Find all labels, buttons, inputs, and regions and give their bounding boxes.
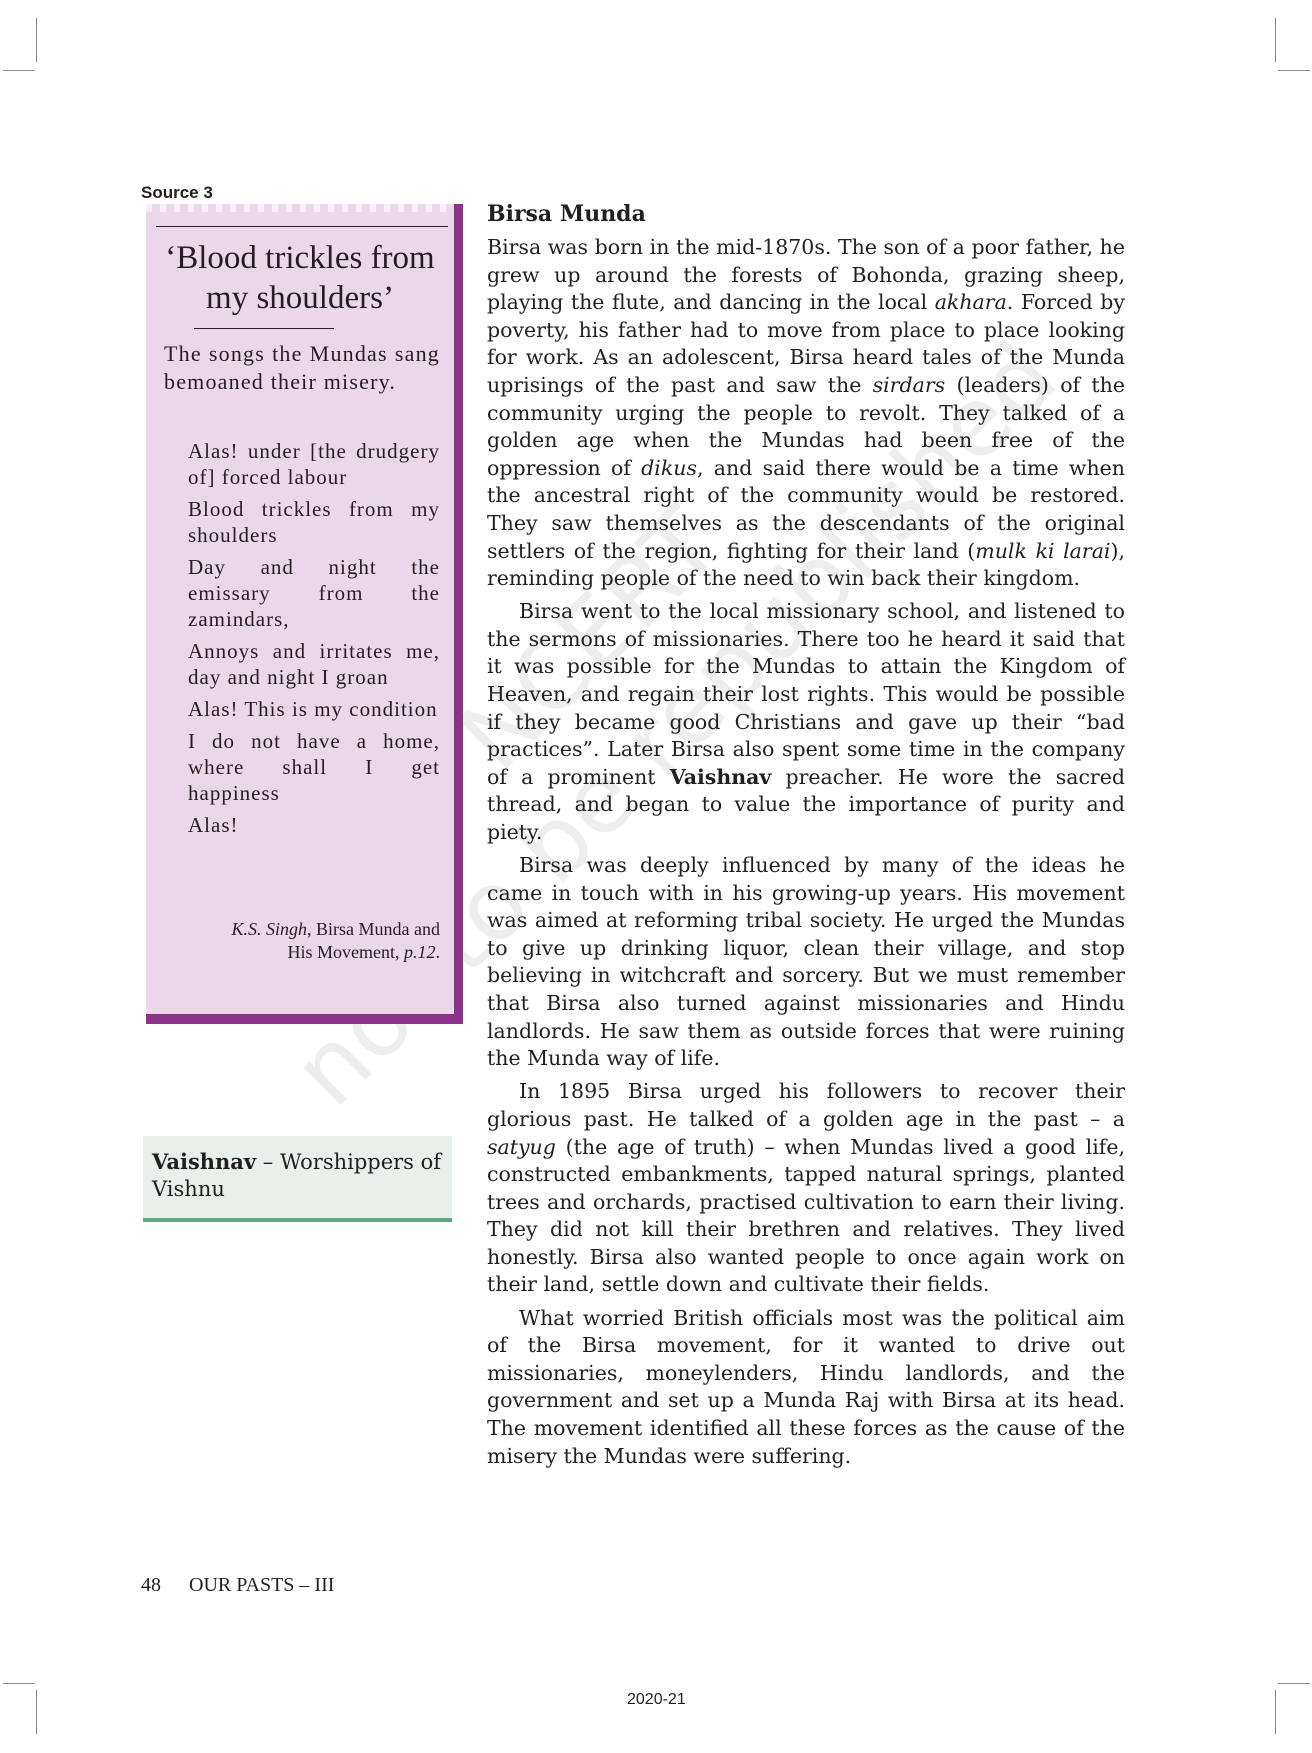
citation-title: , Birsa Munda and [307, 919, 440, 939]
glossary-text: Vaishnav – Worshippers of Vishnu [152, 1148, 446, 1203]
source-title-line-2: my shoulders’ [146, 278, 454, 318]
term-mulk-ki-larai: mulk ki larai [975, 539, 1110, 563]
source-citation: K.S. Singh, Birsa Munda andHis Movement,… [166, 918, 440, 964]
source-title-line-1: ‘Blood trickles from [146, 238, 454, 278]
term-dikus: dikus [641, 456, 697, 480]
poem-stanza: Alas! This is my condition [188, 696, 440, 722]
term-satyug: satyug [487, 1135, 556, 1159]
glossary-term: Vaishnav [152, 1149, 256, 1174]
paragraph-5: What worried British officials most was … [487, 1305, 1125, 1471]
poem-stanza: Alas! under [the drudgery of] forced lab… [188, 438, 440, 490]
citation-punct: . [436, 942, 441, 962]
crop-mark [3, 70, 35, 71]
paragraph-3: Birsa was deeply influenced by many of t… [487, 852, 1125, 1073]
poem-stanza: Day and night the emissary from the zami… [188, 554, 440, 632]
citation-author: K.S. Singh [232, 919, 308, 939]
divider [156, 226, 448, 227]
poem-stanza: Alas! [188, 812, 440, 838]
paragraph-4: In 1895 Birsa urged his followers to rec… [487, 1078, 1125, 1299]
poem-stanza: I do not have a home, where shall I get … [188, 728, 440, 806]
text: In 1895 Birsa urged his followers to rec… [487, 1079, 1125, 1131]
crop-mark [36, 18, 37, 62]
divider [194, 328, 334, 329]
crop-mark [1275, 18, 1276, 62]
crop-mark [1278, 70, 1310, 71]
page-number: 48 [141, 1574, 161, 1596]
paragraph-1: Birsa was born in the mid-1870s. The son… [487, 234, 1125, 593]
source-label: Source 3 [141, 183, 213, 203]
poem: Alas! under [the drudgery of] forced lab… [188, 438, 440, 844]
crop-mark [3, 1683, 35, 1684]
source-intro: The songs the Mundas sang bemoaned their… [164, 340, 440, 396]
source-title: ‘Blood trickles from my shoulders’ [146, 238, 454, 318]
main-column: Birsa Munda Birsa was born in the mid-18… [487, 200, 1125, 1476]
section-heading: Birsa Munda [487, 200, 1125, 228]
paragraph-2: Birsa went to the local missionary schoo… [487, 598, 1125, 846]
term-sirdars: sirdars [873, 373, 946, 397]
glossary-box: Vaishnav – Worshippers of Vishnu [143, 1136, 452, 1222]
citation-title: His Movement, [288, 942, 405, 962]
poem-stanza: Annoys and irritates me, day and night I… [188, 638, 440, 690]
text: (the age of truth) – when Mundas lived a… [487, 1135, 1125, 1297]
poem-stanza: Blood trickles from my shoulders [188, 496, 440, 548]
crop-mark [1275, 1690, 1276, 1734]
page-footer: 48OUR PASTS – III [141, 1574, 334, 1597]
book-title: OUR PASTS – III [189, 1574, 334, 1596]
term-akhara: akhara [935, 290, 1007, 314]
source-box: ‘Blood trickles from my shoulders’ The s… [146, 204, 463, 1024]
citation-page: p.12 [404, 942, 436, 962]
text: Birsa went to the local missionary schoo… [487, 599, 1125, 789]
crop-mark [1278, 1683, 1310, 1684]
term-vaishnav: Vaishnav [670, 765, 772, 789]
crop-mark [36, 1690, 37, 1734]
edition-year: 2020-21 [627, 1691, 686, 1709]
